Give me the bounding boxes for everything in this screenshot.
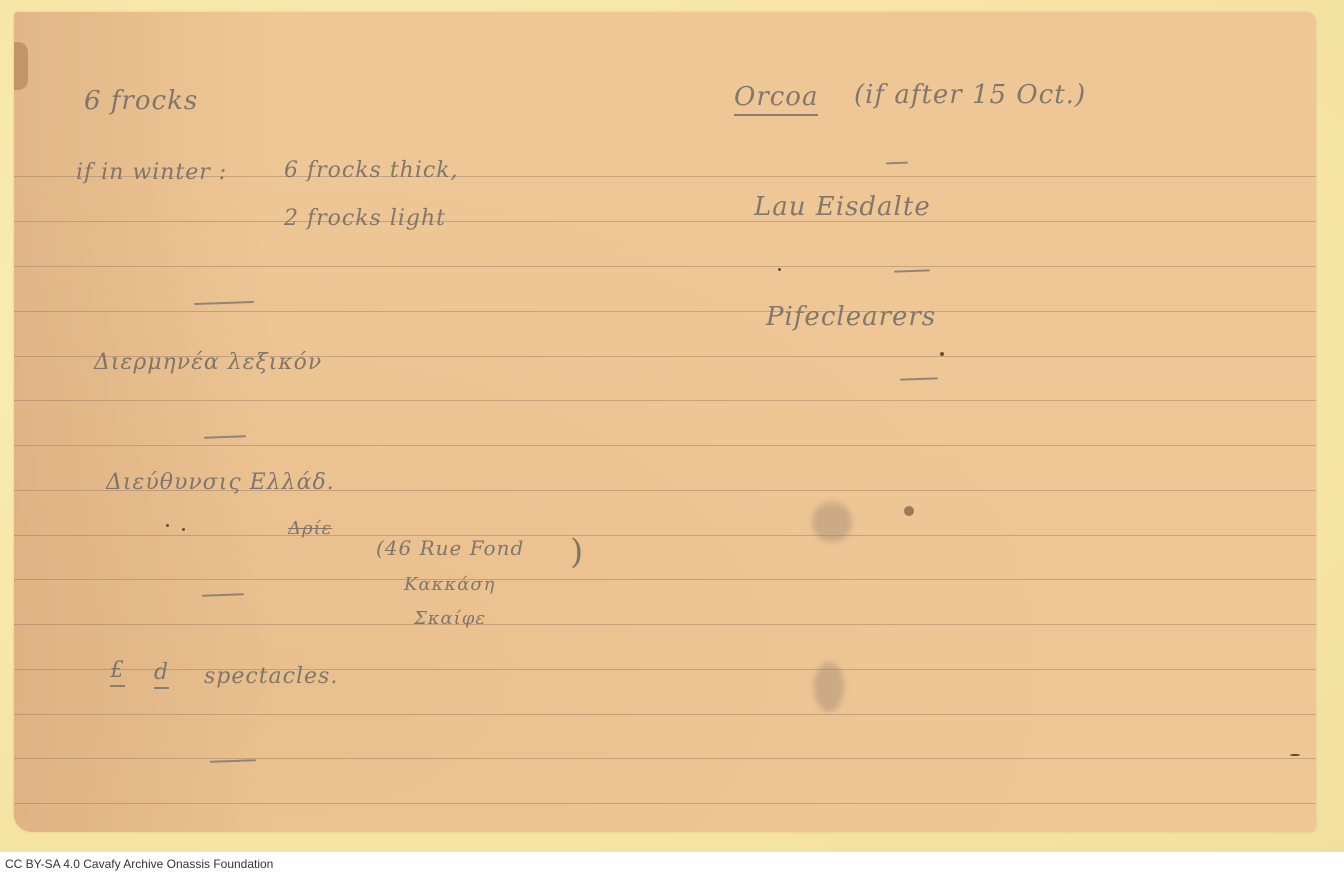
note-kakkasi: Κακκάση — [404, 574, 495, 595]
edge-mark — [1290, 754, 1300, 756]
ruled-line — [14, 535, 1316, 536]
note-if-after-15-oct: (if after 15 Oct.) — [854, 80, 1086, 110]
separator-dash — [194, 301, 254, 305]
ruled-line — [14, 624, 1316, 625]
note-orcoa: Orcoa — [734, 82, 818, 116]
ink-spot — [778, 268, 781, 271]
license-caption: CC BY-SA 4.0 Cavafy Archive Onassis Foun… — [5, 857, 273, 871]
pencil-dot — [182, 528, 185, 531]
ruled-line — [14, 400, 1316, 401]
pencil-smudge — [812, 502, 852, 542]
note-address: Διεύθυνσις Ελλάδ. — [106, 470, 335, 495]
closing-paren: ) — [570, 532, 584, 572]
ruled-line — [14, 311, 1316, 312]
ruled-line — [14, 758, 1316, 759]
separator-dash — [886, 162, 908, 165]
pencil-dot — [166, 524, 169, 527]
ruled-line — [14, 803, 1316, 804]
note-frocks-light: 2 frocks light — [284, 206, 446, 231]
paper-stain — [14, 42, 28, 90]
note-pound-sign: £ — [110, 658, 125, 687]
ink-spot — [940, 352, 944, 356]
separator-dash — [900, 377, 938, 380]
note-pence-sign: d — [154, 660, 169, 689]
separator-dash — [894, 269, 930, 272]
note-pipecleaners: Pifeclearers — [766, 302, 936, 332]
ruled-line — [14, 445, 1316, 446]
note-dictionary: Διερμηνέα λεξικόν — [94, 350, 322, 375]
note-frocks-thick: 6 frocks thick, — [284, 158, 459, 183]
note-struck-word: Δρίε — [288, 518, 332, 539]
ruled-line — [14, 266, 1316, 267]
note-spectacles: spectacles. — [204, 664, 338, 689]
ruled-line — [14, 221, 1316, 222]
note-eisdalte: Lau Eisdalte — [754, 192, 931, 222]
ruled-line — [14, 579, 1316, 580]
pencil-smudge — [814, 662, 844, 712]
stain-spot — [904, 506, 914, 516]
note-skaife: Σκαίφε — [414, 608, 486, 629]
note-frocks: 6 frocks — [84, 86, 198, 116]
separator-dash — [202, 593, 244, 596]
note-rue-address: (46 Rue Fond — [376, 536, 524, 560]
manuscript-page: 6 frocks if in winter : 6 frocks thick, … — [14, 12, 1316, 832]
ruled-line — [14, 714, 1316, 715]
note-if-in-winter: if in winter : — [76, 160, 227, 185]
separator-dash — [210, 759, 256, 763]
separator-dash — [204, 435, 246, 438]
